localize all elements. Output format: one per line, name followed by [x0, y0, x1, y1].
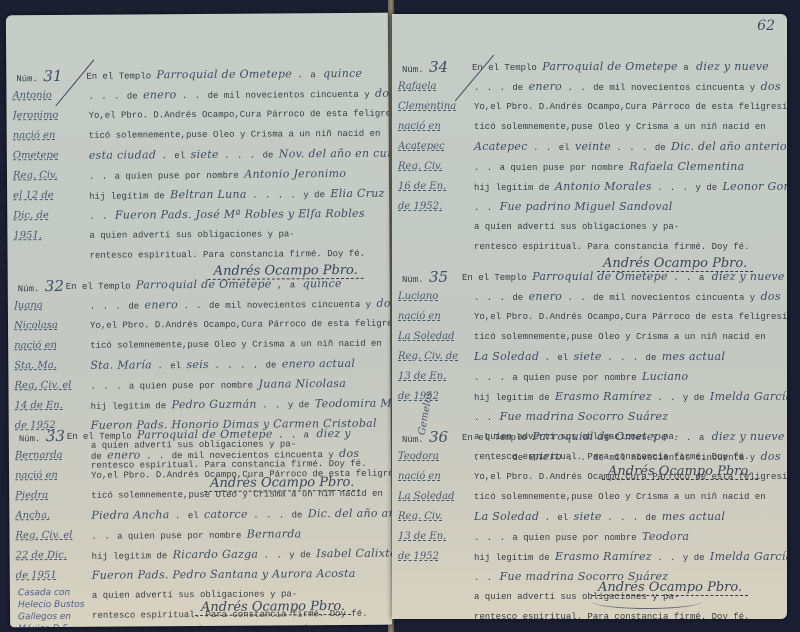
entry-number: 33 — [46, 427, 65, 445]
baptism-year-word: dos — [339, 447, 359, 460]
entry-number: 31 — [43, 67, 62, 85]
baptism-month: enero — [143, 88, 177, 101]
baptism-day: diez y nueve — [712, 430, 785, 443]
mother-name: Isabel Calixto — [316, 547, 392, 561]
margin-note: 13 de En. — [398, 368, 470, 386]
margin-note: Dic. de — [13, 207, 85, 226]
page-number: 62 — [757, 18, 775, 34]
signature-flourish — [592, 594, 702, 609]
margin-note: Jeronimo — [13, 107, 85, 126]
margin-note: Juana — [14, 297, 86, 316]
baptism-month: enero — [529, 290, 563, 303]
birth-place: La Soledad — [474, 350, 539, 363]
child-name: Teodora — [642, 530, 689, 543]
margin-note: La Soledad — [398, 328, 470, 346]
temple-name: Parroquial de Ometepe — [532, 270, 668, 283]
temple-name: Parroquial de Ometepe — [136, 277, 272, 291]
birth-month: mes actual — [662, 510, 725, 523]
temple-name: Parroquial de Ometepe — [542, 60, 678, 73]
num-label: Núm. — [16, 74, 38, 84]
birth-month: enero actual — [282, 357, 355, 371]
baptism-day: quince — [323, 67, 362, 80]
entry-number: 32 — [45, 277, 64, 295]
father-name: Ricardo Gazga — [173, 548, 259, 562]
margin-note: nació en — [15, 467, 87, 486]
baptism-month: enero — [107, 448, 141, 461]
margin-note: La Soledad — [398, 488, 470, 506]
birth-day: siete — [574, 510, 602, 523]
temple-prefix: En el Templo — [86, 71, 151, 81]
entry-32: Núm. 32 En el Templo Parroquial de Omete… — [8, 275, 390, 278]
margin-note: de 1952 — [398, 548, 470, 566]
margin-note: nació en — [398, 118, 470, 136]
closing-line: rentesco espiritual. Para constancia fir… — [89, 245, 365, 265]
birth-place: Sta. María — [90, 358, 152, 371]
marriage-annotation: Casada con Helecio Bustos Gallegos en Mé… — [18, 587, 96, 628]
godparents: Fue padrino Miguel Sandoval — [500, 200, 673, 213]
margin-note: de 1951 — [16, 567, 88, 586]
godparents: Fueron Pads. José Mª Robles y Elfa Roble… — [115, 207, 365, 222]
margin-note: Sta. Ma. — [14, 357, 86, 376]
mother-name: Teodomira Mojica — [315, 396, 392, 410]
birth-day: siete — [574, 350, 602, 363]
mother-name: Leonor González — [723, 180, 787, 193]
signature-flourish — [198, 615, 308, 627]
margin-note: Reg. Civ. el — [15, 527, 87, 546]
mother-name: Elia Cruz — [330, 187, 384, 200]
birth-month: Dic. del año anterior — [308, 506, 392, 520]
baptism-year-word: dos — [761, 450, 781, 463]
baptism-day: diez y nueve — [712, 270, 785, 283]
child-name: Antonio Jeronimo — [244, 167, 346, 181]
margin-note: Reg. Civ. — [398, 158, 470, 176]
margin-note: nació en — [13, 127, 85, 146]
entry-31: Núm. 31 En el Templo Parroquial de Omete… — [6, 65, 388, 68]
priest-signature: Andrés Ocampo Pbro. — [195, 599, 351, 616]
margin-note: nació en — [398, 308, 470, 326]
entry-number: 35 — [429, 268, 448, 286]
margin-note: Ometepe — [13, 147, 85, 166]
margin-note: Clementina — [398, 98, 470, 116]
godparents: Fue madrina Socorro Suárez — [500, 410, 669, 423]
baptism-year-word: dos — [761, 290, 781, 303]
right-page: 62 Núm. 34 En el Templo Parroquial de Om… — [392, 14, 787, 619]
margin-note: Reg. Civ. de — [398, 348, 470, 366]
godparents: Fueron Pads. Pedro Santana y Aurora Acos… — [92, 567, 356, 582]
birth-day: seis — [186, 358, 209, 371]
father-name: Beltran Luna — [170, 188, 247, 202]
birth-place: La Soledad — [474, 510, 539, 523]
margin-note: Reg. Civ. el — [14, 377, 86, 396]
birth-place: esta ciudad — [89, 148, 156, 161]
temple-name: Parroquial de Ometepe — [532, 430, 668, 443]
margin-note: Rafaela — [398, 78, 470, 96]
margin-note: Nicolasa — [14, 317, 86, 336]
left-page: Núm. 31 En el Templo Parroquial de Omete… — [6, 13, 392, 628]
temple-name: Parroquial de Ometepe — [137, 427, 273, 441]
margin-note: Ancha. — [15, 507, 87, 526]
birth-month: mes actual — [662, 350, 725, 363]
margin-note: nació en — [398, 468, 470, 486]
child-name: Luciano — [642, 370, 688, 383]
margin-note: Acatepec — [398, 138, 470, 156]
margin-note: Luciano — [398, 288, 470, 306]
mother-name: Imelda García — [710, 550, 787, 563]
margin-note: nació en — [14, 337, 86, 356]
child-name: Juana Nicolasa — [258, 377, 346, 391]
margin-note: 16 de En. — [398, 178, 470, 196]
child-name: Rafaela Clementina — [629, 160, 744, 173]
margin-note: Teodora — [398, 448, 470, 466]
baptism-day: diez y — [316, 427, 350, 440]
baptism-day: diez y nueve — [696, 60, 769, 73]
baptism-year-word: dos — [761, 80, 781, 93]
obligations-line: a quien advertí sus obligaciones y pa- — [89, 225, 294, 244]
margin-note: de 1952. — [398, 198, 470, 216]
mother-name: Imelda García — [710, 390, 787, 403]
child-name: Bernarda — [247, 527, 302, 540]
birth-day: veinte — [575, 140, 611, 153]
baptism-month: enero — [529, 80, 563, 93]
baptism-month: enero — [529, 450, 563, 463]
priest-line: Yo,el Pbro. D.Andrés Ocampo,Cura Párroco… — [89, 104, 393, 124]
father-name: Erasmo Ramírez — [555, 550, 652, 563]
margin-note: el 12 de — [13, 187, 85, 206]
margin-note: 14 de En. — [15, 397, 87, 416]
margin-note: 13 de En. — [398, 528, 470, 546]
temple-name: Parroquial de Ometepe — [156, 67, 292, 81]
father-name: Pedro Guzmán — [172, 398, 257, 412]
baptism-day: quince — [303, 277, 342, 290]
birth-day: catorce — [204, 508, 248, 521]
margin-note: Bernarda — [15, 447, 87, 466]
margin-note: 1951. — [13, 227, 85, 246]
birth-day: siete — [191, 148, 219, 161]
entry-number: 34 — [429, 58, 448, 76]
baptism-year-word: dos — [376, 297, 392, 310]
margin-note: Antonio — [12, 87, 84, 106]
margin-note: Reg. Civ. — [13, 167, 85, 186]
birth-place: Acatepec — [474, 140, 528, 153]
ceremony-line: ticó solemnemente,puse Oleo y Crisma a u… — [89, 125, 381, 145]
birth-month: Dic. del año anterior — [671, 140, 787, 153]
baptism-month: enero — [144, 298, 178, 311]
margin-note: 22 de Dic. — [16, 547, 88, 566]
margin-note: Piedra — [15, 487, 87, 506]
margin-note: Reg. Civ. — [398, 508, 470, 526]
father-name: Erasmo Ramírez — [555, 390, 652, 403]
father-name: Antonio Morales — [555, 180, 652, 193]
birth-place: Piedra Ancha — [91, 508, 169, 522]
birth-month: Nov. del año en curso — [279, 147, 392, 161]
entry-number: 36 — [429, 428, 448, 446]
